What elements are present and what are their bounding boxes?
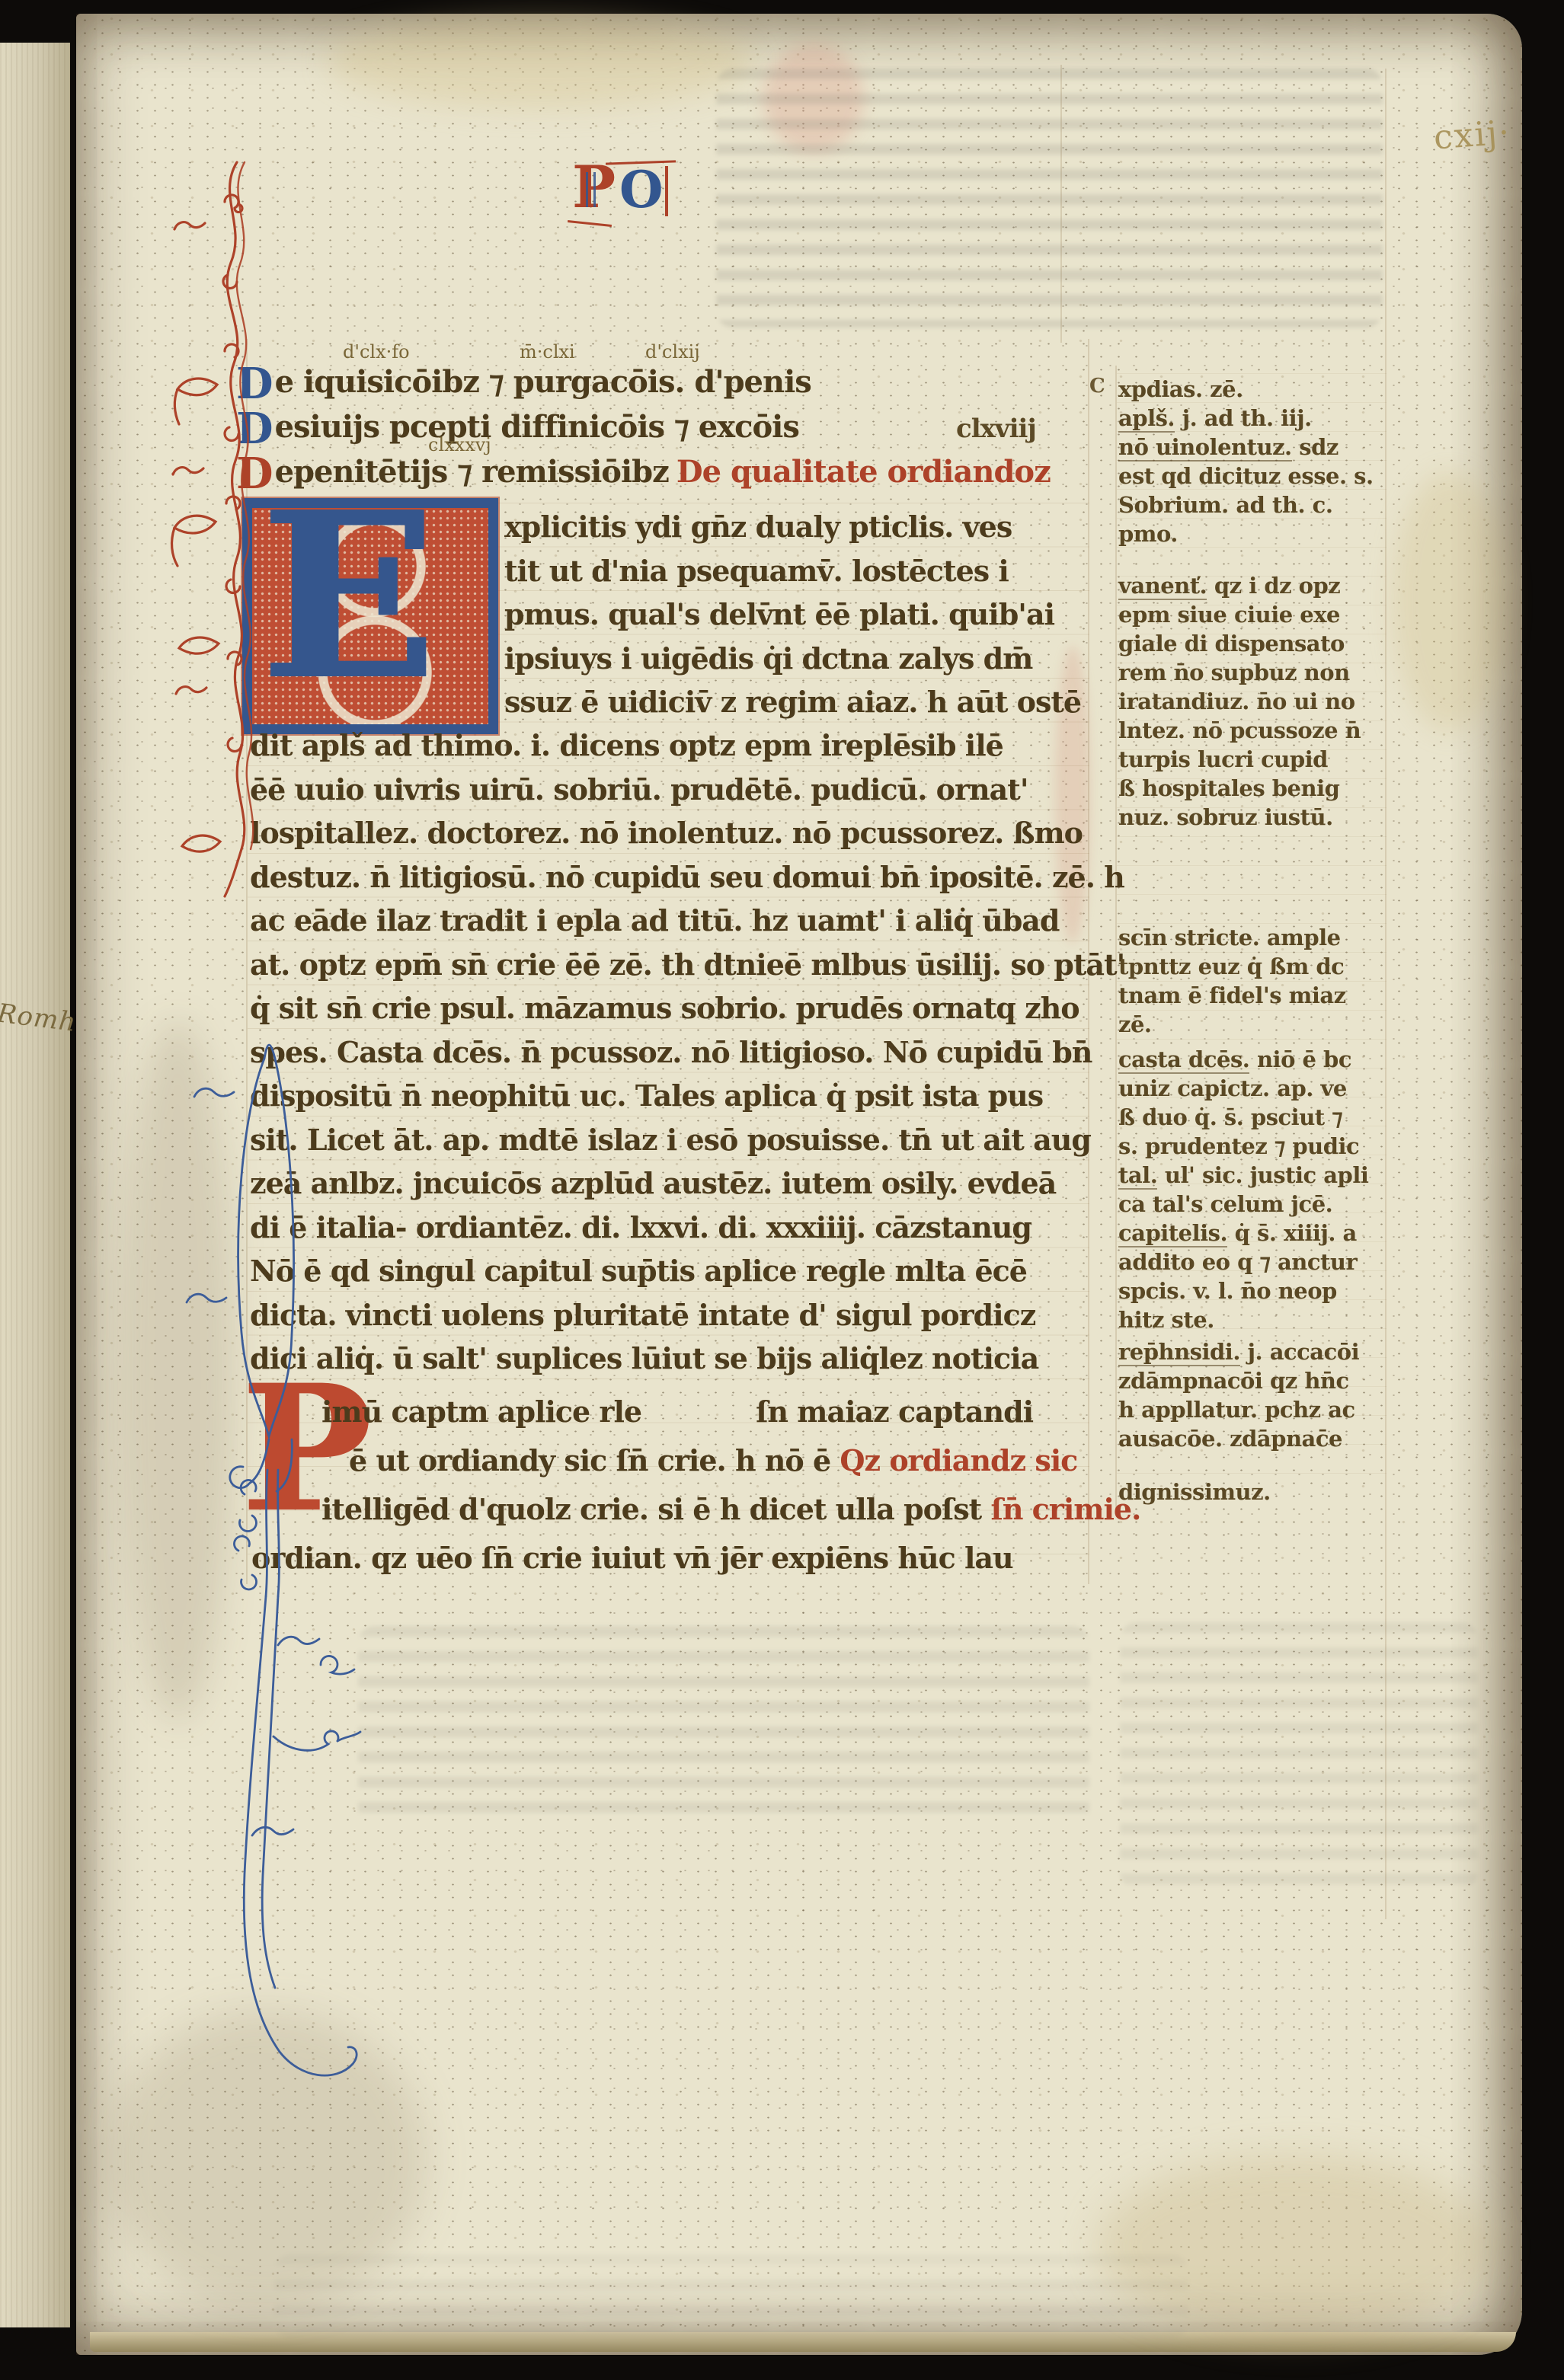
chapter-title: e iquisicōibz ⁊ purgacōis. d'penis	[275, 364, 811, 400]
text-line: ē ut ordiandy sic ſn̄ crie. h nō ē Qz or…	[251, 1436, 1140, 1485]
gloss-line: dignissimuz.	[1118, 1478, 1271, 1506]
chapter-title: esiuijs pcepti diffinicōis ⁊ excōis	[275, 409, 799, 445]
previous-page-edge: Romha	[0, 43, 70, 2327]
gloss-line: spcis. v. l. n̄o neop	[1118, 1276, 1368, 1305]
text-line: dispositū n̄ neophitū uc. Tales aplica q…	[250, 1074, 1124, 1118]
gloss-line: Sobrium. ad th. c.	[1118, 490, 1374, 519]
gloss-segment: lntez. nō pcussoze n̄	[1118, 717, 1361, 743]
gloss-segment: ß hospitales benig	[1118, 775, 1339, 801]
text-line: lospitallez. doctorez. nō inolentuz. nō …	[250, 811, 1124, 855]
gloss-segment: nuz. sobruz iustū.	[1118, 804, 1333, 830]
gloss-segment: s. prudentez ⁊ pudic	[1118, 1133, 1359, 1159]
gloss-line: tal. ul' sic. justic apli	[1118, 1161, 1368, 1190]
gloss-segment: vanenť.	[1118, 573, 1207, 600]
chapter-folio-superscript: m̄·clxi	[520, 341, 575, 363]
text-line: imū captm aplice rleſn maiaz captandi	[251, 1388, 1140, 1436]
chapter-folio-superscript: d'clxij	[645, 341, 700, 363]
showthrough-text	[716, 69, 1383, 327]
gloss-line: hitz ste.	[1118, 1305, 1368, 1334]
gloss-line: nō uinolentuz. sdz	[1118, 433, 1374, 462]
gloss-block: casta dcēs. niō ē bcuniz capictz. ap. ve…	[1118, 1045, 1368, 1334]
gloss-segment: niō ē bc	[1249, 1046, 1351, 1072]
chapter-list-item: Desiuijs pcepti diffinicōis ⁊ excōisclxv…	[236, 409, 799, 446]
gloss-segment: est qd dicituz esse. s.	[1118, 463, 1374, 489]
gloss-segment: zē.	[1118, 1011, 1152, 1037]
gloss-line: ß duo q̇. s̄. psciut ⁊	[1118, 1103, 1368, 1132]
text-line: q̇ sit sn̄ crie psul. māzamus sobrio. pr…	[250, 986, 1124, 1030]
gloss-block: xpdias. zē.aplš. j. ad th. iij.nō uinole…	[1118, 375, 1374, 548]
text-line: pmus. qual's delv̄nt ēē plati. quib'ai	[504, 593, 1081, 637]
header-filigree-tick	[593, 172, 596, 207]
gloss-line: tpnttz euz q̇ ßm dc	[1118, 952, 1346, 981]
chapter-folio-superscript: d'clx·fo	[343, 341, 410, 363]
gloss-segment: hitz ste.	[1118, 1307, 1214, 1333]
gloss-segment: uniz capictz. ap. ve	[1118, 1075, 1347, 1101]
gloss-segment: j. accacōi	[1240, 1339, 1359, 1365]
gloss-line: tnam ē fidel's miaz	[1118, 981, 1346, 1010]
folio-number: cxij·	[1432, 113, 1511, 158]
chapter-rubric: De qualitate ordiandoz	[676, 454, 1051, 490]
gloss-line: turpis lucri cupid	[1118, 745, 1361, 774]
gloss-line: scīn stricte. ample	[1118, 923, 1346, 952]
gloss-line: nuz. sobruz iustū.	[1118, 803, 1361, 832]
line-segment: Qz ordiandz sic	[840, 1443, 1077, 1478]
gloss-segment: sdz	[1292, 434, 1339, 460]
showthrough-text	[1120, 1622, 1478, 1889]
gloss-line: capitelis. q̇ s̄. xiiij. a	[1118, 1219, 1368, 1248]
vertical-rule	[1060, 65, 1062, 343]
gloss-line: casta dcēs. niō ē bc	[1118, 1045, 1368, 1074]
main-text-indented: xplicitis ydi gn̄z dualy pticlis. vestit…	[504, 505, 1081, 724]
text-line: destuz. n̄ litigiosū. nō cupidū seu domu…	[250, 855, 1124, 899]
gloss-line: ß hospitales benig	[1118, 774, 1361, 803]
gloss-segment: giale di dispensato	[1118, 631, 1345, 656]
gloss-block: rep̄hnsidi. j. accacōizdāmpnacōi qz hn̄c…	[1118, 1337, 1359, 1453]
text-line: ordian. qz uēo ſn̄ crie iuiut vn̄ jēr ex…	[251, 1534, 1140, 1583]
gloss-segment: xpdias. zē.	[1118, 376, 1243, 402]
chapter-folio-ref: clxviij	[956, 414, 1036, 444]
text-line: ēē uuio uivris uirū. sobriū. prudētē. pu…	[250, 768, 1124, 812]
gloss-line: rem n̄o supbuz non	[1118, 658, 1361, 687]
header-rule-stroke	[665, 166, 668, 216]
gloss-segment: ca tal's celum jcē.	[1118, 1191, 1332, 1217]
gloss-line: pmo.	[1118, 519, 1374, 548]
text-line: dicta. vincti uolens pluritatē intate d'…	[250, 1293, 1124, 1337]
gloss-line: zdāmpnacōi qz hn̄c	[1118, 1366, 1359, 1395]
gloss-line: lntez. nō pcussoze n̄	[1118, 716, 1361, 745]
gloss-line: ausacōe. zdāpnac̄e	[1118, 1424, 1359, 1453]
gloss-line: uniz capictz. ap. ve	[1118, 1074, 1368, 1103]
gloss-block: vanenť. qz i dz opzepm siue ciuie exegia…	[1118, 571, 1361, 832]
gloss-block: scīn stricte. ampletpnttz euz q̇ ßm dctn…	[1118, 923, 1346, 1039]
gloss-segment: rep̄hnsidi.	[1118, 1339, 1240, 1366]
gloss-segment: epm siue ciuie exe	[1118, 602, 1340, 628]
gloss-segment: scīn stricte. ample	[1118, 925, 1341, 950]
text-line: ac eāde ilaz tradit i epla ad titū. hz u…	[250, 899, 1124, 943]
gloss-line: xpdias. zē.	[1118, 375, 1374, 404]
gloss-segment: tnam ē fidel's miaz	[1118, 982, 1346, 1008]
running-title-letter-o: O	[619, 165, 664, 215]
gloss-line: epm siue ciuie exe	[1118, 600, 1361, 629]
showthrough-text	[358, 1626, 1089, 1824]
gloss-line: aplš. j. ad th. iij.	[1118, 404, 1374, 433]
text-line: ssuz ē uidiciv̄ z regim aiaz. h aūt ostē	[504, 680, 1081, 724]
gloss-segment: rem n̄o supbuz non	[1118, 660, 1350, 685]
gloss-segment: zdāmpnacōi qz hn̄c	[1118, 1368, 1349, 1394]
gloss-line: giale di dispensato	[1118, 629, 1361, 658]
chapter-list-item: De iquisicōibz ⁊ purgacōis. d'penis	[236, 364, 811, 401]
gloss-line: rep̄hnsidi. j. accacōi	[1118, 1337, 1359, 1366]
gloss-block: dignissimuz.	[1118, 1478, 1271, 1506]
gloss-segment: tpnttz euz q̇ ßm dc	[1118, 954, 1344, 979]
gloss-segment: ß duo q̇. s̄. psciut ⁊	[1118, 1104, 1342, 1130]
gloss-segment: addito eo q ⁊ anctur	[1118, 1249, 1357, 1275]
text-line: xplicitis ydi gn̄z dualy pticlis. ves	[504, 505, 1081, 549]
initial-e-glyph: E	[261, 482, 436, 711]
manuscript-photo: Romha P O cxij· d'clx·fom̄·clxid'clxijDe…	[0, 0, 1564, 2380]
gloss-segment: capitelis.	[1118, 1220, 1227, 1248]
blue-filigree-flourish	[179, 982, 377, 2094]
gloss-segment: j. ad th. iij.	[1175, 405, 1312, 431]
main-text-block: dit aplš ad thimo. i. dicens optz epm ir…	[250, 724, 1124, 1381]
gloss-segment: pmo.	[1118, 521, 1178, 547]
gloss-line: s. prudentez ⁊ pudic	[1118, 1132, 1368, 1161]
showthrough-text	[274, 2254, 1188, 2338]
gloss-segment: turpis lucri cupid	[1118, 746, 1328, 772]
text-line: sit. Licet āt. ap. mdtē islaz i esō posu…	[250, 1118, 1124, 1162]
gloss-segment: spcis. v. l. n̄o neop	[1118, 1278, 1337, 1304]
text-line: at. optz epm̄ sn̄ crie ēē zē. th dtnieē …	[250, 943, 1124, 987]
gloss-line: addito eo q ⁊ anctur	[1118, 1248, 1368, 1276]
text-line: dici aliq̇. ū salt' suplices lūiut se bi…	[250, 1337, 1124, 1381]
gloss-segment: ausacōe. zdāpnac̄e	[1118, 1426, 1342, 1452]
gloss-segment: ul' sic. justic apli	[1157, 1162, 1368, 1188]
gloss-segment: casta dcēs.	[1118, 1046, 1249, 1074]
line-segment: itelligēd d'quolz crie. si ē h dicet ull…	[321, 1492, 990, 1526]
gloss-line: vanenť. qz i dz opz	[1118, 571, 1361, 600]
gloss-segment: h appllatur. pchz ac	[1118, 1397, 1355, 1423]
line-segment: ſn maiaz captandi	[756, 1394, 1033, 1429]
red-filigree-flourish	[171, 156, 270, 902]
gloss-segment: nō uinolentuz.	[1118, 434, 1292, 462]
gloss-line: est qd dicituz esse. s.	[1118, 462, 1374, 490]
chapter-folio-superscript: clxxxvj	[428, 434, 491, 455]
gloss-segment: dignissimuz.	[1118, 1479, 1271, 1505]
gloss-segment: aplš.	[1118, 405, 1175, 433]
paraph-mark: C	[1089, 375, 1105, 398]
text-line: spes. Casta dcēs. n̄ pcussoz. nō litigio…	[250, 1030, 1124, 1075]
vertical-rule	[1385, 69, 1386, 1919]
text-line: dit aplš ad thimo. i. dicens optz epm ir…	[250, 724, 1124, 768]
gloss-segment: qz i dz opz	[1207, 573, 1340, 599]
header-rule-stroke	[568, 220, 612, 227]
gloss-segment: iratandiuz. n̄o ui no	[1118, 688, 1355, 714]
running-header: P O	[568, 151, 682, 235]
gloss-segment: tal.	[1118, 1162, 1157, 1190]
header-filigree-tick	[586, 172, 588, 207]
text-line: di ē italia- ordiantēz. di. lxxvi. di. x…	[250, 1206, 1124, 1250]
gloss-segment: Sobrium. ad th. c.	[1118, 492, 1332, 518]
gloss-line: iratandiuz. n̄o ui no	[1118, 687, 1361, 716]
line-segment: ē ut ordiandy sic ſn̄ crie. h nō ē	[349, 1443, 840, 1478]
gloss-line: h appllatur. pchz ac	[1118, 1395, 1359, 1424]
text-line: tit ut d'nia psequamv̄. lostēctes i	[504, 549, 1081, 593]
illuminated-initial-e: E	[242, 498, 498, 734]
gloss-line: zē.	[1118, 1010, 1346, 1039]
gloss-segment: q̇ s̄. xiiij. a	[1227, 1220, 1357, 1246]
gloss-line: ca tal's celum jcē.	[1118, 1190, 1368, 1219]
text-line: zeā anlbz. jncuicōs azplūd austēz. iutem…	[250, 1161, 1124, 1206]
main-text-p-paragraph: imū captm aplice rleſn maiaz captandiē u…	[251, 1388, 1140, 1583]
text-line: itelligēd d'quolz crie. si ē h dicet ull…	[251, 1485, 1140, 1534]
text-line: ipsiuys i uigēdis q̇i dctna zalys dm̄	[504, 637, 1081, 681]
text-line: Nō ē qd singul capitul sup̄tis aplice re…	[250, 1249, 1124, 1293]
